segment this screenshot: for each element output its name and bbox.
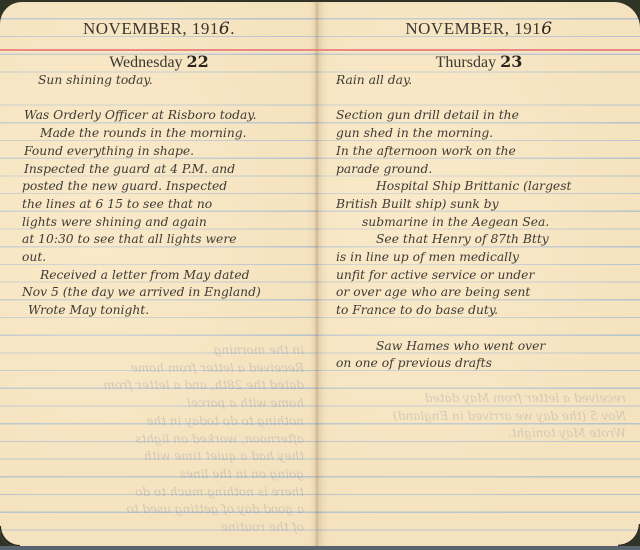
right-year-digit: 6 [541, 19, 552, 39]
entry-line: submarine in the Aegean Sea. [336, 214, 632, 232]
entry-line: Inspected the guard at 4 P.M. and [14, 161, 310, 179]
entry-line: lights were shining and again [14, 214, 310, 232]
entry-line [336, 90, 632, 108]
entry-line: Made the rounds in the morning. [14, 125, 310, 143]
entry-line: Section gun drill detail in the [336, 107, 632, 125]
left-day-name: Wednesday [109, 54, 182, 71]
entry-line: British Built ship) sunk by [336, 196, 632, 214]
entry-line: Rain all day. [336, 72, 632, 90]
diary-spread: NOVEMBER, 1916. Wednesday 22 in the morn… [0, 0, 640, 550]
left-month-header: NOVEMBER, 1916. [0, 19, 318, 39]
entry-line: Hospital Ship Brittanic (largest [336, 178, 632, 196]
left-day-header: Wednesday 22 [0, 52, 318, 72]
entry-line: Was Orderly Officer at Risboro today. [14, 107, 310, 125]
entry-line: gun shed in the morning. [336, 125, 632, 143]
right-red-rule [318, 49, 640, 51]
right-corner-shadow [618, 524, 640, 546]
entry-line [14, 90, 310, 108]
entry-line: at 10:30 to see that all lights were [14, 231, 310, 249]
right-entry: Rain all day. Section gun drill detail i… [336, 72, 632, 373]
entry-line: or over age who are being sent [336, 284, 632, 302]
right-page: NOVEMBER, 1916 Thursday 23 received a le… [318, 2, 640, 546]
entry-line: unfit for active service or under [336, 267, 632, 285]
left-bleedthrough: in the morning Received a letter from ho… [14, 342, 304, 537]
right-day-number: 23 [500, 52, 522, 71]
left-month-text: NOVEMBER, 191 [83, 19, 219, 38]
right-bleedthrough: received a letter from May dated Nov 5 (… [332, 390, 626, 443]
entry-line: Nov 5 (the day we arrived in England) [14, 284, 310, 302]
right-month-header: NOVEMBER, 1916 [318, 19, 640, 39]
book-bottom-edge [0, 546, 640, 550]
left-year-digit: 6 [219, 19, 230, 39]
entry-line: the lines at 6 15 to see that no [14, 196, 310, 214]
entry-line: Received a letter from May dated [14, 267, 310, 285]
right-day-name: Thursday [436, 54, 496, 71]
right-day-header: Thursday 23 [318, 52, 640, 72]
left-corner-shadow [0, 526, 20, 546]
left-entry: Sun shining today. Was Orderly Officer a… [14, 72, 310, 320]
entry-line: Saw Hames who went over [336, 338, 632, 356]
entry-line: In the afternoon work on the [336, 143, 632, 161]
left-day-number: 22 [187, 52, 209, 71]
entry-line: parade ground. [336, 161, 632, 179]
right-month-text: NOVEMBER, 191 [405, 19, 541, 38]
entry-line: Found everything in shape. [14, 143, 310, 161]
entry-line: on one of previous drafts [336, 355, 632, 373]
entry-line: See that Henry of 87th Btty [336, 231, 632, 249]
left-red-rule [0, 49, 318, 51]
entry-line [336, 320, 632, 338]
entry-line: posted the new guard. Inspected [14, 178, 310, 196]
left-page: NOVEMBER, 1916. Wednesday 22 in the morn… [0, 2, 318, 546]
entry-line: is in line up of men medically [336, 249, 632, 267]
entry-line: to France to do base duty. [336, 302, 632, 320]
entry-line: Wrote May tonight. [14, 302, 310, 320]
entry-line: out. [14, 249, 310, 267]
entry-line: Sun shining today. [14, 72, 310, 90]
